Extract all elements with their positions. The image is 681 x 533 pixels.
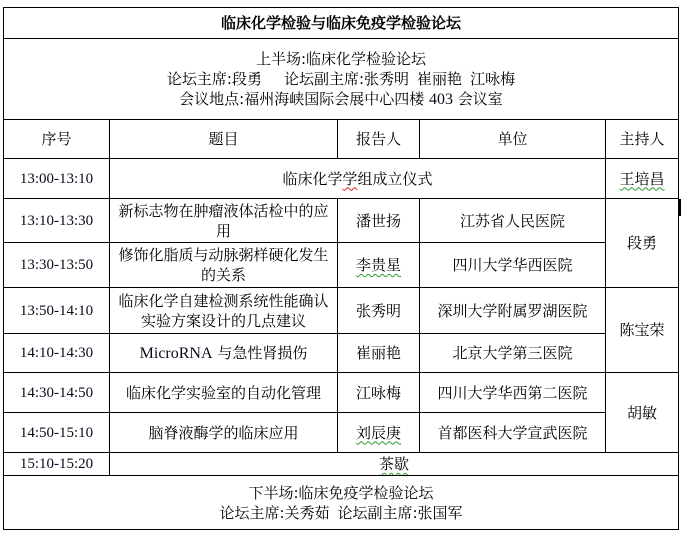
time-cell: 15:10-15:20 [4,453,110,476]
program-table: 临床化学检验与临床免疫学检验论坛 上半场:临床化学检验论坛 论坛主席:段勇论坛副… [3,7,679,530]
opening-ceremony: 临床化学学组成立仪式 [110,159,606,199]
time-cell: 13:50-14:10 [4,288,110,334]
col-header-speaker: 报告人 [338,120,420,159]
institution-cell: 四川大学华西第二医院 [420,373,606,413]
forum-chair: 论坛主席:段勇 [167,70,262,88]
institution-cell: 北京大学第三医院 [420,334,606,373]
host-name: 王培昌 [619,170,664,188]
venue-suffix: 会议室 [458,90,503,108]
institution-cell: 四川大学华西医院 [420,243,606,288]
table-row: 14:50-15:10 脑脊液酶学的临床应用 刘辰庚 首都医科大学宣武医院 [4,413,679,453]
topic-cell: 临床化学自建检测系统性能确认实验方案设计的几点建议 [110,288,338,334]
time-cell: 14:30-14:50 [4,373,110,413]
forum-title: 临床化学检验与临床免疫学检验论坛 [4,8,679,39]
first-half-info: 上半场:临床化学检验论坛 论坛主席:段勇论坛副主席:张秀明崔丽艳江咏梅 会议地点… [4,39,679,120]
speaker-name: 刘辰庚 [356,424,401,442]
table-row: 13:10-13:30 新标志物在肿瘤液体活检中的应用 潘世扬 江苏省人民医院 … [4,199,679,243]
topic-text: 与急性肾损伤 [217,344,307,362]
topic-cell: 新标志物在肿瘤液体活检中的应用 [110,199,338,243]
table-header-row: 序号 题目 报告人 单位 主持人 [4,120,679,159]
col-header-number: 序号 [4,120,110,159]
institution-cell: 江苏省人民医院 [420,199,606,243]
topic-cell: 修饰化脂质与动脉粥样硬化发生的关系 [110,243,338,288]
table-row: 14:30-14:50 临床化学实验室的自动化管理 江咏梅 四川大学华西第二医院… [4,373,679,413]
institution-cell: 深圳大学附属罗湖医院 [420,288,606,334]
venue-prefix: 会议地点:福州海峡国际会展中心四楼 [179,90,424,108]
table-row: 13:50-14:10 临床化学自建检测系统性能确认实验方案设计的几点建议 张秀… [4,288,679,334]
speaker-cell: 刘辰庚 [338,413,420,453]
forum-vice-chair-3: 江咏梅 [470,70,515,88]
speaker-cell: 崔丽艳 [338,334,420,373]
speaker-name: 李贵星 [356,256,401,274]
forum-vice-chair: 论坛副主席:张秀明 [284,70,409,88]
time-cell: 13:30-13:50 [4,243,110,288]
topic-cell: MicroRNA 与急性肾损伤 [110,334,338,373]
speaker-cell: 李贵星 [338,243,420,288]
host-cell: 陈宝荣 [606,288,679,373]
col-header-topic: 题目 [110,120,338,159]
time-cell: 14:50-15:10 [4,413,110,453]
topic-cell: 临床化学实验室的自动化管理 [110,373,338,413]
speaker-cell: 张秀明 [338,288,420,334]
opening-title-part1: 临床化学 [282,170,342,188]
time-cell: 14:10-14:30 [4,334,110,373]
topic-cell: 脑脊液酶学的临床应用 [110,413,338,453]
table-row: 14:10-14:30 MicroRNA 与急性肾损伤 崔丽艳 北京大学第三医院 [4,334,679,373]
topic-latin: MicroRNA [140,345,213,362]
venue: 会议地点:福州海峡国际会展中心四楼 403 会议室 [4,89,678,110]
break-cell: 茶歇 [110,453,679,476]
host-cell: 胡敏 [606,373,679,453]
second-half-vice-chair: 论坛副主席:张国军 [338,504,463,522]
speaker-cell: 江咏梅 [338,373,420,413]
host-cell: 王培昌 [606,159,679,199]
col-header-institution: 单位 [420,120,606,159]
venue-room-number: 403 [429,91,453,108]
table-row: 13:30-13:50 修饰化脂质与动脉粥样硬化发生的关系 李贵星 四川大学华西… [4,243,679,288]
spellcheck-flagged-text: 学 [342,170,357,188]
table-row-break: 15:10-15:20 茶歇 [4,453,679,476]
opening-title-part2: 组成立仪式 [358,170,433,188]
break-label: 茶歇 [379,455,409,473]
second-half-chairs: 论坛主席:关秀茹论坛副主席:张国军 [4,503,678,523]
table-row-opening: 13:00-13:10 临床化学学组成立仪式 王培昌 [4,159,679,199]
first-half-chairs: 论坛主席:段勇论坛副主席:张秀明崔丽艳江咏梅 [4,69,678,89]
speaker-cell: 潘世扬 [338,199,420,243]
institution-cell: 首都医科大学宣武医院 [420,413,606,453]
second-half-session-label: 下半场:临床免疫学检验论坛 [4,483,678,503]
col-header-host: 主持人 [606,120,679,159]
first-half-session-label: 上半场:临床化学检验论坛 [4,49,678,69]
time-cell: 13:10-13:30 [4,199,110,243]
time-cell: 13:00-13:10 [4,159,110,199]
second-half-chair: 论坛主席:关秀茹 [219,504,329,522]
second-half-info: 下半场:临床免疫学检验论坛 论坛主席:关秀茹论坛副主席:张国军 [4,476,679,530]
forum-vice-chair-2: 崔丽艳 [417,70,462,88]
host-cell: 段勇 [606,199,679,288]
